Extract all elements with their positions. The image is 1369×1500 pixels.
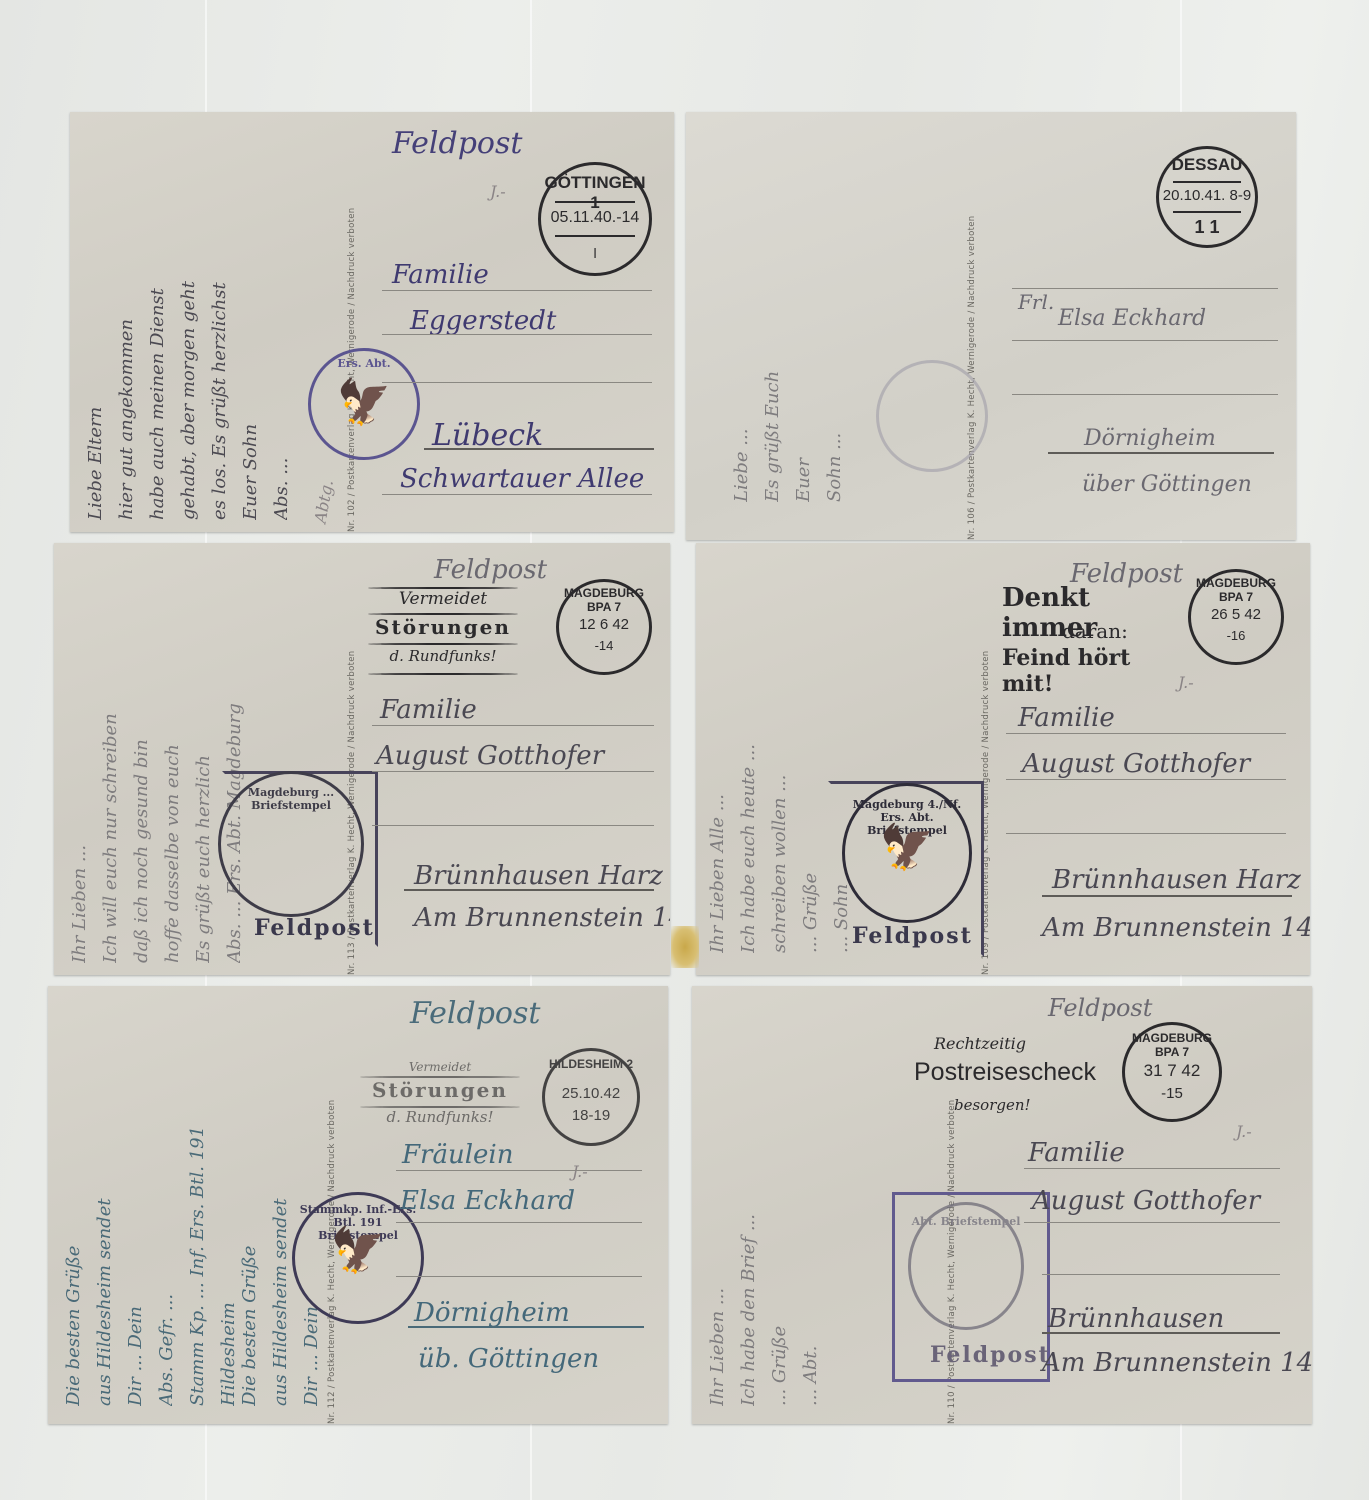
- postmark-magdeburg: MAGDEBURG BPA 7 26 5 42 -16: [1188, 569, 1284, 665]
- slogan-cancel: Rechtzeitig Postreisescheck besorgen!: [914, 1034, 1114, 1124]
- publisher-imprint: Nr. 102 / Postkartenverlag K. Hecht, Wer…: [346, 112, 358, 532]
- eagle-emblem-icon: 🦅: [337, 381, 392, 425]
- address-line: August Gotthofer: [1022, 749, 1250, 779]
- publisher-imprint: Nr. 106 / Postkartenverlag K. Hecht, Wer…: [966, 112, 978, 540]
- address-line: Am Brunnenstein 145: [1042, 913, 1310, 943]
- address-line: Familie: [380, 695, 477, 725]
- slogan-cancel: Denkt immer daran: Feind hört mit!: [1002, 583, 1172, 683]
- eagle-emblem-icon: 🦅: [880, 826, 935, 870]
- postmark-gottingen: GÖTTINGEN 1 05.11.40.-14 l: [538, 162, 652, 276]
- address-line: Familie: [1018, 703, 1115, 733]
- address-line: Fräulein: [402, 1140, 513, 1170]
- slogan-cancel: Vermeidet Störungen d. Rundfunks!: [368, 583, 518, 683]
- feldpost-box-label: Feldpost: [852, 923, 973, 949]
- faded-seal-stamp: Abt. Briefstempel: [908, 1202, 1024, 1330]
- postmark-hildesheim: HILDESHEIM 2 25.10.42 18-19: [542, 1048, 640, 1146]
- pencil-note: J.-: [572, 1162, 588, 1181]
- unit-seal-stamp: Magdeburg ... Briefstempel: [218, 771, 364, 917]
- address-line: Brünnhausen: [1048, 1304, 1224, 1334]
- slogan-cancel: Vermeidet Störungen d. Rundfunks!: [360, 1060, 520, 1140]
- feldpost-header: Feldpost: [410, 996, 540, 1031]
- unit-seal-stamp: Magdeburg 4./Nf. Ers. Abt. Briefstempel …: [842, 783, 972, 923]
- postcard-4: Ihr Lieben Alle ...Ich habe euch heute .…: [696, 543, 1310, 975]
- address-line: Schwartauer Allee: [400, 464, 644, 494]
- postcard-5: Die besten Grüßeaus Hildesheim sendetDir…: [48, 986, 668, 1424]
- address-line: üb. Göttingen: [418, 1344, 599, 1374]
- faded-seal-stamp: [876, 360, 988, 472]
- address-line: Am Brunnenstein 145: [1042, 1348, 1312, 1378]
- address-line: Familie: [1028, 1138, 1125, 1168]
- feldpost-header: Feldpost: [1048, 994, 1152, 1022]
- feldpost-box-label: Feldpost: [930, 1342, 1051, 1368]
- address-line: Elsa Eckhard: [1058, 306, 1206, 331]
- water-stain: [671, 926, 699, 968]
- postmark-dessau: DESSAU 20.10.41. 8-9 1 1: [1156, 146, 1258, 248]
- address-line: Dörnigheim: [1084, 426, 1216, 451]
- pencil-note: J.-: [1236, 1122, 1252, 1141]
- feldpost-box-label: Feldpost: [254, 915, 375, 941]
- postmark-magdeburg: MAGDEBURG BPA 7 31 7 42 -15: [1122, 1022, 1222, 1122]
- address-line: Elsa Eckhard: [400, 1186, 575, 1216]
- postmark-magdeburg: MAGDEBURG BPA 7 12 6 42 -14: [556, 579, 652, 675]
- postcard-1: Liebe Elternhier gut angekommenhabe auch…: [70, 112, 674, 532]
- postcard-3: Ihr Lieben ...Ich will euch nur schreibe…: [54, 543, 670, 975]
- handwritten-message: Liebe Elternhier gut angekommenhabe auch…: [80, 120, 310, 520]
- unit-seal-stamp: Ers. Abt. 🦅: [308, 348, 420, 460]
- pencil-note: J.-: [490, 182, 506, 201]
- address-line: Am Brunnenstein 145: [414, 903, 670, 933]
- address-line: Frl.: [1018, 290, 1054, 314]
- address-line: über Göttingen: [1082, 472, 1252, 497]
- address-line: Brünnhausen Harz: [414, 861, 663, 891]
- postcard-2: Liebe ...Es grüßt EuchEuerSohn ... Nr. 1…: [686, 112, 1296, 540]
- address-line: Familie: [392, 260, 489, 290]
- address-line: Dörnigheim: [414, 1298, 570, 1328]
- address-line: August Gotthofer: [1032, 1186, 1260, 1216]
- feldpost-header: Feldpost: [392, 126, 522, 161]
- address-line: Eggerstedt: [410, 306, 556, 336]
- feldpost-header: Feldpost: [434, 555, 547, 585]
- eagle-emblem-icon: 🦅: [331, 1229, 386, 1273]
- address-line: Brünnhausen Harz: [1052, 865, 1301, 895]
- pencil-note: J.-: [1178, 673, 1194, 692]
- address-line: August Gotthofer: [376, 741, 604, 771]
- pencil-note: Abtg.: [311, 478, 337, 524]
- postcard-6: Ihr Lieben ...Ich habe den Brief ...... …: [692, 986, 1312, 1424]
